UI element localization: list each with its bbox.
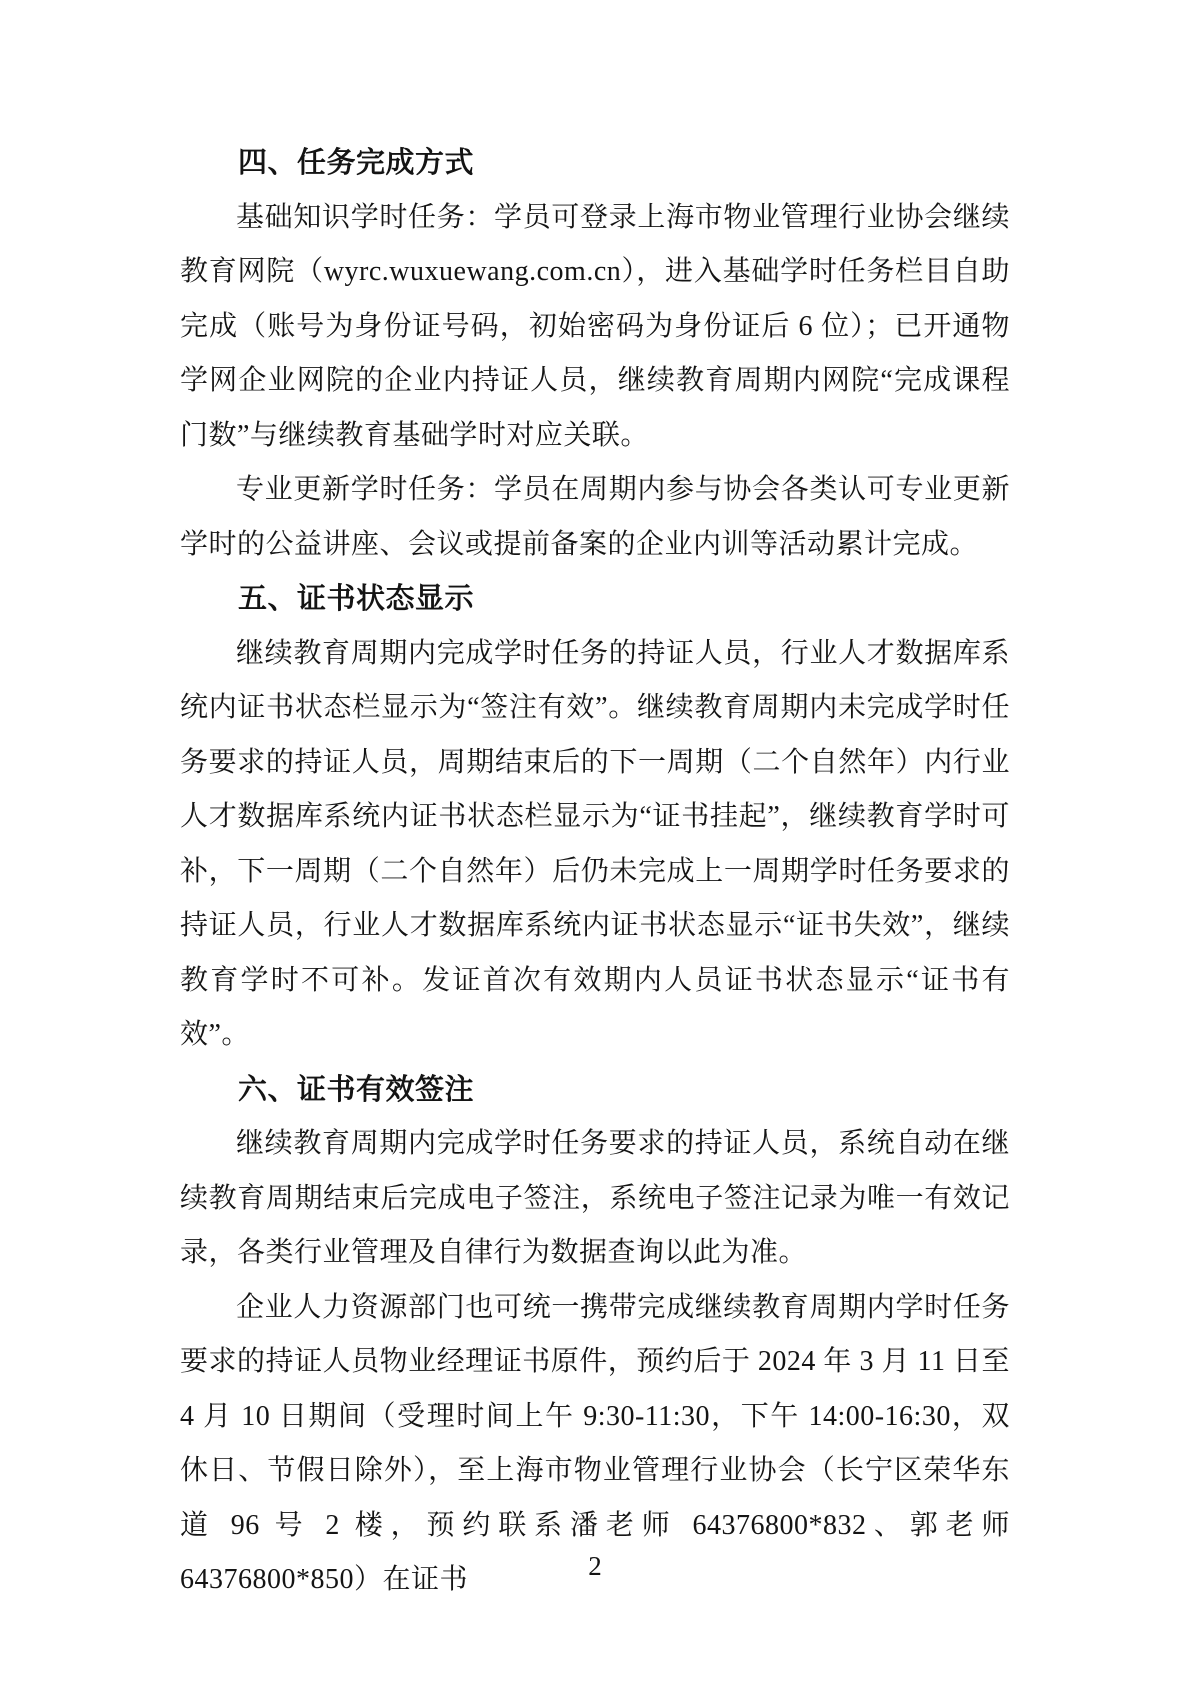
section-heading-certificate-endorsement: 六、证书有效签注 <box>180 1063 1010 1118</box>
document-body: 四、任务完成方式 基础知识学时任务：学员可登录上海市物业管理行业协会继续教育网院… <box>180 136 1010 1608</box>
page-number: 2 <box>0 1546 1190 1586</box>
paragraph-basic-knowledge-hours: 基础知识学时任务：学员可登录上海市物业管理行业协会继续教育网院（wyrc.wux… <box>180 191 1010 464</box>
section-heading-task-completion: 四、任务完成方式 <box>180 136 1010 191</box>
paragraph-electronic-endorsement: 继续教育周期内完成学时任务要求的持证人员，系统自动在继续教育周期结束后完成电子签… <box>180 1117 1010 1281</box>
paragraph-professional-update-hours: 专业更新学时任务：学员在周期内参与协会各类认可专业更新学时的公益讲座、会议或提前… <box>180 463 1010 572</box>
section-heading-certificate-status: 五、证书状态显示 <box>180 572 1010 627</box>
document-page: 四、任务完成方式 基础知识学时任务：学员可登录上海市物业管理行业协会继续教育网院… <box>0 0 1190 1683</box>
paragraph-certificate-status-detail: 继续教育周期内完成学时任务的持证人员，行业人才数据库系统内证书状态栏显示为“签注… <box>180 627 1010 1063</box>
